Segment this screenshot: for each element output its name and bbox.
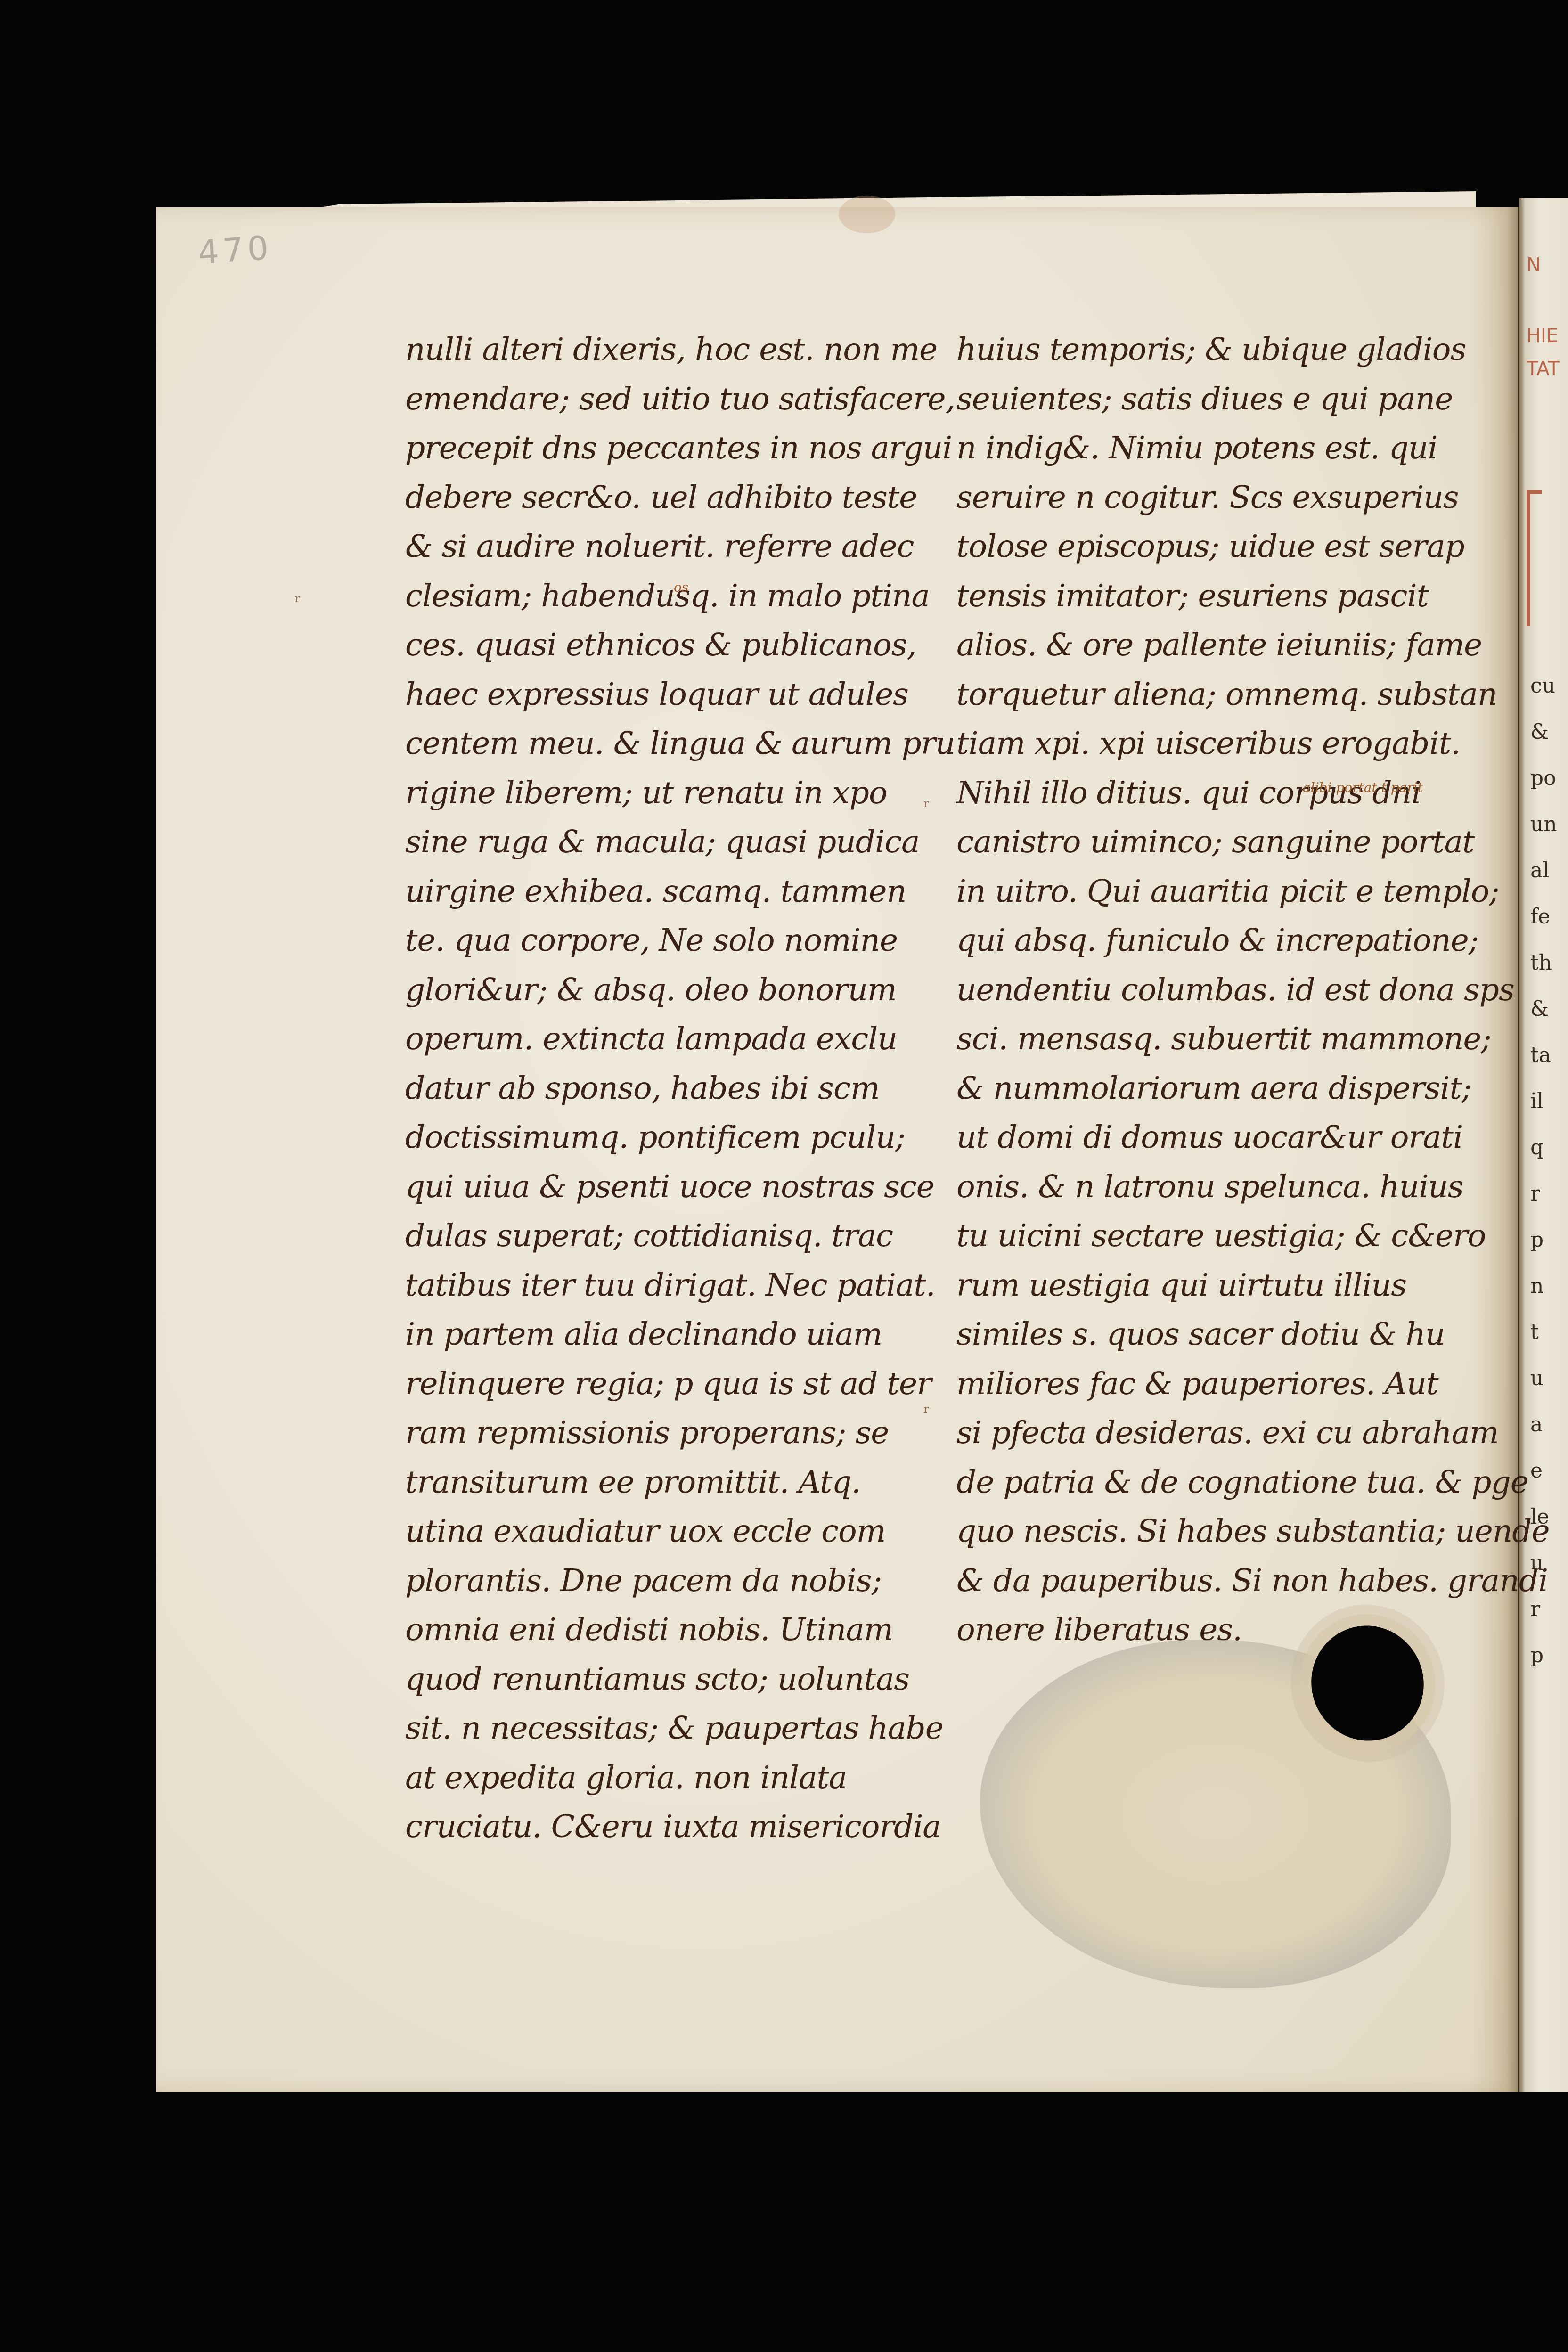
facing-text-fragment: il [1530, 1089, 1543, 1113]
text-line: nulli alteri dixeris, hoc est. non me [405, 325, 961, 375]
facing-text-fragment: p [1530, 1228, 1543, 1252]
text-line: & si audire noluerit. referre adec [405, 522, 961, 572]
text-line: sci. mensasq. subuertit mammone; [956, 1014, 1498, 1064]
facing-text-fragment: a [1530, 1413, 1543, 1437]
text-line: qui uiua & psenti uoce nostras sce [405, 1162, 961, 1212]
text-line: rum uestigia qui uirtutu illius [956, 1261, 1498, 1310]
right-column: huius temporis; & ubique gladiosseuiente… [956, 325, 1498, 1655]
text-line: & nummolariorum aera dispersit; [956, 1064, 1498, 1113]
facing-text-fragment: & [1530, 720, 1549, 744]
facing-rubric: HIE [1527, 325, 1558, 347]
facing-text-fragment: t [1530, 1320, 1539, 1344]
text-line: miliores fac & pauperiores. Aut [956, 1359, 1498, 1409]
text-line: uirgine exhibea. scamq. tammen [405, 867, 961, 916]
facing-text-fragment: r [1530, 1182, 1540, 1206]
stain-top [839, 196, 895, 233]
text-line: glori&ur; & absq. oleo bonorum [405, 965, 961, 1015]
facing-text-fragment: un [1530, 812, 1557, 836]
margin-mark: ʳ [923, 1402, 930, 1423]
text-line: datur ab sponso, habes ibi scm [405, 1064, 961, 1113]
facing-initial-letter: N [1527, 254, 1541, 276]
text-line: transiturum ee promittit. Atq. [405, 1458, 961, 1507]
text-line: doctissimumq. pontificem pculu; [405, 1113, 961, 1162]
text-line: tu uicini sectare uestigia; & c&ero [956, 1211, 1498, 1261]
text-line: tensis imitator; esuriens pascit [956, 572, 1498, 621]
facing-text-fragment: po [1530, 766, 1556, 790]
text-line: huius temporis; & ubique gladios [956, 325, 1498, 375]
facing-text-fragment: th [1530, 951, 1552, 975]
text-line: plorantis. Dne pacem da nobis; [405, 1556, 961, 1606]
text-line: canistro uiminco; sanguine portat [956, 817, 1498, 867]
facing-text-fragment: le [1530, 1505, 1549, 1529]
text-line: n indig&. Nimiu potens est. qui [956, 424, 1498, 473]
text-line: haec expressius loquar ut adules [405, 670, 961, 719]
facing-decorated-initial [1527, 490, 1542, 626]
facing-text-fragment: n [1530, 1274, 1543, 1298]
text-line: tiam xpi. xpi uisceribus erogabit. [956, 719, 1498, 768]
folio-number: 470 [196, 229, 273, 272]
facing-rubric: TAT [1527, 358, 1560, 380]
text-line: emendare; sed uitio tuo satisfacere, [405, 375, 961, 424]
facing-text-fragment: al [1530, 858, 1549, 882]
text-line: omnia eni dedisti nobis. Utinam [405, 1605, 961, 1655]
text-line: torquetur aliena; omnemq. substan [956, 670, 1498, 719]
text-line: similes s. quos sacer dotiu & hu [956, 1310, 1498, 1359]
text-line: ut domi di domus uocar&ur orati [956, 1113, 1498, 1162]
text-line: qui absq. funiculo & increpatione; [956, 916, 1498, 965]
text-line: alios. & ore pallente ieiuniis; fame [956, 621, 1498, 670]
text-line: tolose episcopus; uidue est serap [956, 522, 1498, 572]
text-line: ces. quasi ethnicos & publicanos, [405, 621, 961, 670]
facing-text-fragment: u [1530, 1551, 1543, 1575]
text-line: & da pauperibus. Si non habes. grandi [956, 1556, 1498, 1606]
gloss-alibi: alibi portat t parit [1303, 780, 1423, 795]
facing-page-edge [1519, 198, 1568, 2092]
text-line: de patria & de cognatione tua. & pge [956, 1458, 1498, 1507]
text-line: seruire n cogitur. Scs exsuperius [956, 473, 1498, 523]
text-line: si pfecta desideras. exi cu abraham [956, 1408, 1498, 1458]
facing-text-fragment: q [1530, 1135, 1543, 1160]
text-line: ram repmissionis properans; se [405, 1408, 961, 1458]
margin-mark: ʳ [923, 796, 930, 818]
text-line: te. qua corpore, Ne solo nomine [405, 916, 961, 965]
text-line: in partem alia declinando uiam [405, 1310, 961, 1359]
text-line: quo nescis. Si habes substantia; uende [956, 1507, 1498, 1556]
text-line: sine ruga & macula; quasi pudica [405, 817, 961, 867]
text-line: dulas superat; cottidianisq. trac [405, 1211, 961, 1261]
text-line: quod renuntiamus scto; uoluntas [405, 1655, 961, 1704]
facing-text-fragment: fe [1530, 905, 1550, 929]
text-line: centem meu. & lingua & aurum pru [405, 719, 961, 768]
text-line: onis. & n latronu spelunca. huius [956, 1162, 1498, 1212]
facing-text-fragment: p [1530, 1643, 1543, 1667]
text-line: seuientes; satis diues e qui pane [956, 375, 1498, 424]
text-line: uendentiu columbas. id est dona sps [956, 965, 1498, 1015]
text-line: clesiam; habendusq. in malo ptina [405, 572, 961, 621]
left-column: nulli alteri dixeris, hoc est. non meeme… [405, 325, 961, 1852]
facing-text-fragment: cu [1530, 674, 1555, 698]
text-line: debere secr&o. uel adhibito teste [405, 473, 961, 523]
text-line: operum. extincta lampada exclu [405, 1014, 961, 1064]
text-line: precepit dns peccantes in nos argui [405, 424, 961, 473]
text-line: in uitro. Qui auaritia picit e templo; [956, 867, 1498, 916]
text-line: relinquere regia; p qua is st ad ter [405, 1359, 961, 1409]
margin-mark: ʳ [294, 591, 301, 613]
facing-text-fragment: r [1530, 1597, 1540, 1621]
facing-text-fragment: ta [1530, 1043, 1551, 1067]
text-line: utina exaudiatur uox eccle com [405, 1507, 961, 1556]
facing-text-fragment: u [1530, 1366, 1543, 1390]
text-line: tatibus iter tuu dirigat. Nec patiat. [405, 1261, 961, 1310]
text-line: sit. n necessitas; & paupertas habe [405, 1704, 961, 1753]
text-line: cruciatu. C&eru iuxta misericordia [405, 1802, 961, 1852]
text-line: rigine liberem; ut renatu in xpo [405, 768, 961, 818]
gloss-os: os [674, 580, 688, 595]
text-line: at expedita gloria. non inlata [405, 1753, 961, 1803]
facing-text-fragment: & [1530, 997, 1549, 1021]
facing-text-fragment: e [1530, 1459, 1543, 1483]
